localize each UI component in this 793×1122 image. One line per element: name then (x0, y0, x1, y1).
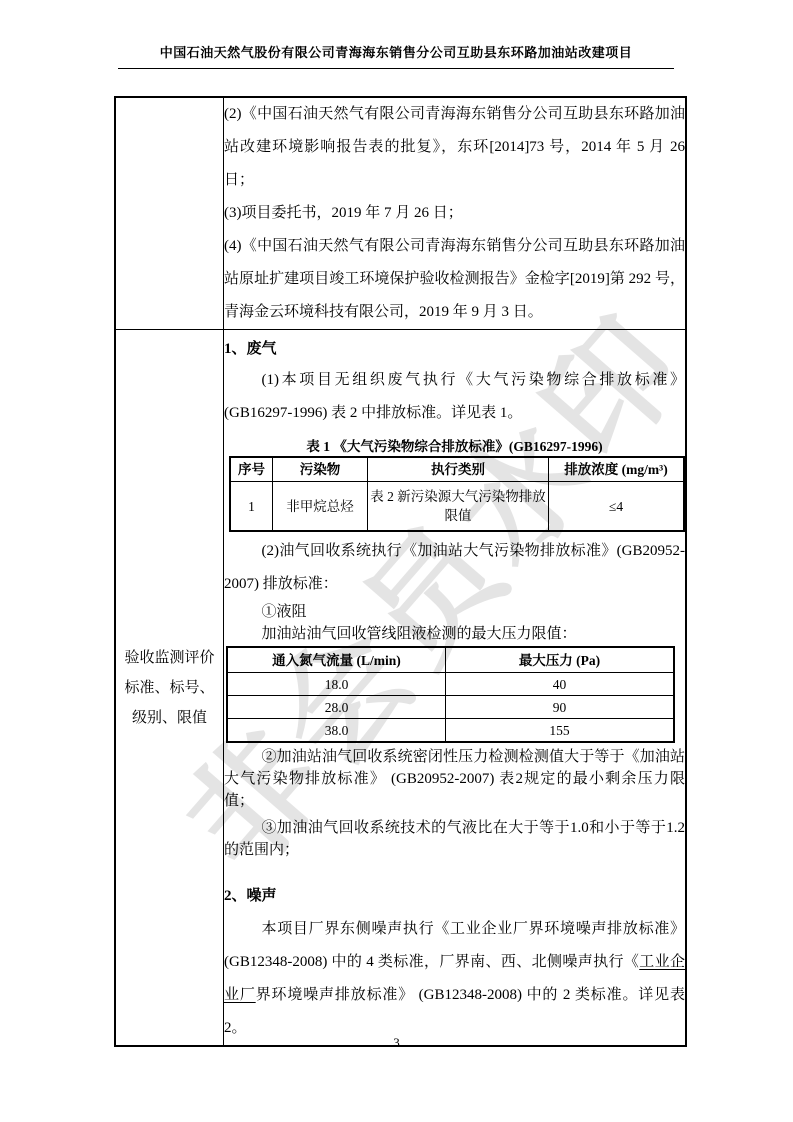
table-row: (2)《中国石油天然气有限公司青海海东销售分公司互助县东环路加油站改建环境影响报… (115, 97, 686, 330)
table-cell: 非甲烷总烃 (273, 482, 368, 532)
emission-standard-table: 序号 污染物 执行类别 排放浓度 (mg/m³) 1 非甲烷总烃 表 2 新污染… (229, 456, 685, 532)
gas-liquid-ratio-item: ③加油油气回收系统技术的气液比在大于等于1.0和小于等于1.2的范围内； (224, 817, 685, 861)
table-cell: 1 (230, 482, 273, 532)
table-header-row: 序号 污染物 执行类别 排放浓度 (mg/m³) (230, 457, 684, 482)
column-header: 污染物 (273, 457, 368, 482)
waste-gas-heading: 1、废气 (224, 334, 685, 364)
noise-paragraph-part1: 本项目厂界东侧噪声执行《工业企业厂界环境噪声排放标准》 (GB12348-200… (224, 921, 685, 970)
liquid-resistance-title: ①液阻 (224, 601, 685, 623)
column-header: 执行类别 (368, 457, 549, 482)
table-row: 验收监测评价 标准、标号、 级别、限值 1、废气 (1)本项目无组织废气执行《大… (115, 330, 686, 1047)
table1-title: 表 1 《大气污染物综合排放标准》(GB16297-1996) (224, 435, 685, 455)
table-row: 38.0 155 (227, 719, 674, 743)
column-header: 排放浓度 (mg/m³) (549, 457, 685, 482)
empty-label-cell (115, 97, 224, 330)
page-number: 3 (0, 1035, 793, 1051)
table-cell: ≤4 (549, 482, 685, 532)
table-cell: 90 (446, 696, 675, 719)
document-page: 非会员水印 中国石油天然气股份有限公司青海海东销售分公司互助县东环路加油站改建项… (0, 0, 793, 1122)
waste-gas-paragraph-1: (1)本项目无组织废气执行《大气污染物综合排放标准》(GB16297-1996)… (224, 364, 685, 430)
table-cell: 28.0 (227, 696, 446, 719)
row-label-line: 标准、标号、 (116, 673, 223, 703)
row-label-cell: 验收监测评价 标准、标号、 级别、限值 (115, 330, 224, 1047)
approval-documents-cell: (2)《中国石油天然气有限公司青海海东销售分公司互助县东环路加油站改建环境影响报… (224, 97, 687, 330)
table-cell: 表 2 新污染源大气污染物排放限值 (368, 482, 549, 532)
pressure-limit-table: 通入氮气流量 (L/min) 最大压力 (Pa) 18.0 40 28.0 90 (226, 646, 675, 743)
approval-paragraph: (3)项目委托书，2019 年 7 月 26 日； (224, 197, 685, 230)
main-document-table: (2)《中国石油天然气有限公司青海海东销售分公司互助县东环路加油站改建环境影响报… (114, 96, 687, 1047)
liquid-resistance-text: 加油站油气回收管线阻液检测的最大压力限值： (224, 623, 685, 645)
sealing-pressure-item: ②加油站油气回收系统密闭性压力检测检测值大于等于《加油站大气污染物排放标准》 (… (224, 746, 685, 812)
table-cell: 38.0 (227, 719, 446, 743)
noise-paragraph: 本项目厂界东侧噪声执行《工业企业厂界环境噪声排放标准》 (GB12348-200… (224, 913, 685, 1045)
approval-paragraph: (2)《中国石油天然气有限公司青海海东销售分公司互助县东环路加油站改建环境影响报… (224, 98, 685, 197)
column-header: 通入氮气流量 (L/min) (227, 647, 446, 673)
page-header-title: 中国石油天然气股份有限公司青海海东销售分公司互助县东环路加油站改建项目 (118, 42, 674, 69)
table-cell: 40 (446, 673, 675, 696)
row-label-line: 级别、限值 (116, 703, 223, 733)
column-header: 最大压力 (Pa) (446, 647, 675, 673)
table-row: 1 非甲烷总烃 表 2 新污染源大气污染物排放限值 ≤4 (230, 482, 684, 532)
table-cell: 18.0 (227, 673, 446, 696)
table-row: 18.0 40 (227, 673, 674, 696)
table-cell: 155 (446, 719, 675, 743)
noise-heading: 2、噪声 (224, 881, 685, 911)
waste-gas-paragraph-2: (2)油气回收系统执行《加油站大气污染物排放标准》(GB20952-2007) … (224, 535, 685, 601)
approval-paragraph: (4)《中国石油天然气有限公司青海海东销售分公司互助县东环路加油站原址扩建项目竣… (224, 230, 685, 329)
noise-paragraph-part2: 界环境噪声排放标准》 (GB12348-2008) 中的 2 类标准。详见表 2… (224, 987, 685, 1036)
row-label-line: 验收监测评价 (116, 643, 223, 673)
standards-content-cell: 1、废气 (1)本项目无组织废气执行《大气污染物综合排放标准》(GB16297-… (224, 330, 687, 1047)
table-header-row: 通入氮气流量 (L/min) 最大压力 (Pa) (227, 647, 674, 673)
column-header: 序号 (230, 457, 273, 482)
table-row: 28.0 90 (227, 696, 674, 719)
